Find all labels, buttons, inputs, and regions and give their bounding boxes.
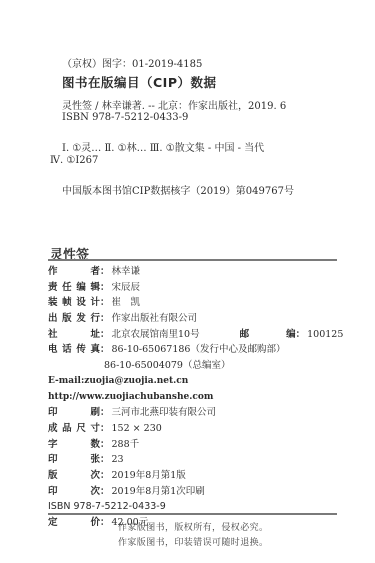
field-label: 印 次 — [48, 484, 100, 500]
field-word-count: 字 数 ： 288千 — [48, 437, 343, 453]
copyright-line-2: 作家版图书，印装错误可随时退换。 — [118, 536, 268, 551]
field-label: 定 价 — [48, 515, 100, 531]
field-label: 装 帧 设 计 — [48, 295, 100, 311]
field-printing: 印 次 ： 2019年8月第1次印刷 — [48, 484, 343, 500]
field-value: 2019年8月第1次印刷 — [112, 484, 205, 500]
field-phone-2: 86-10-65004079（总编室） — [48, 358, 343, 374]
postcode-value: 100125 — [307, 327, 343, 343]
email: E-mail:zuojia@zuojia.net.cn — [48, 374, 343, 390]
field-value: 崔 凯 — [112, 295, 141, 311]
field-label: 字 数 — [48, 437, 100, 453]
field-phone: 电 话 传 真 ： 86-10-65067186（发行中心及邮购部） — [48, 342, 343, 358]
cip-classification-line: Ⅳ. ①I267 — [50, 155, 98, 166]
field-label: 作 者 — [48, 264, 100, 280]
phone-value-1: 86-10-65067186（发行中心及邮购部） — [112, 342, 286, 358]
field-value: 288千 — [112, 437, 140, 453]
field-label: 社 址 — [48, 327, 100, 343]
field-printed-sheets: 印 张 ： 23 — [48, 452, 343, 468]
cip-subject-line: Ⅰ. ①灵… Ⅱ. ①林… Ⅲ. ①散文集 - 中国 - 当代 — [62, 139, 264, 154]
field-value: 2019年8月第1版 — [112, 468, 186, 484]
field-label: 版 次 — [48, 468, 100, 484]
cip-bibliographic-line: 灵性签 / 林幸谦著. -- 北京：作家出版社，2019. 6 — [62, 97, 286, 112]
field-address: 社 址 ： 北京农展馆南里10号 邮 编 ： 100125 — [48, 327, 343, 343]
copyright-line-1: 作家版图书，版权所有，侵权必究。 — [118, 521, 268, 536]
field-value: 宋辰辰 — [112, 280, 141, 296]
copyright-notice: 作家版图书，版权所有，侵权必究。 作家版图书，印装错误可随时退换。 — [118, 521, 268, 551]
field-value: 三河市北燕印装有限公司 — [112, 405, 217, 421]
field-label: 印 张 — [48, 452, 100, 468]
cip-heading: 图书在版编目（CIP）数据 — [62, 73, 217, 91]
website: http://www.zuojiachubanshe.com — [48, 390, 343, 406]
postcode-label: 邮 编 — [240, 327, 296, 343]
field-value: 北京农展馆南里10号 — [112, 327, 200, 343]
field-size: 成 品 尺 寸 ： 152 × 230 — [48, 421, 343, 437]
field-label: 出 版 发 行 — [48, 311, 100, 327]
cip-record-number: 中国版本图书馆CIP数据核字（2019）第049767号 — [62, 182, 294, 197]
field-value: 林幸谦 — [112, 264, 141, 280]
field-value: 23 — [112, 452, 124, 468]
bottom-divider — [48, 513, 337, 515]
field-designer: 装 帧 设 计 ： 崔 凯 — [48, 295, 343, 311]
field-value: 152 × 230 — [112, 421, 162, 437]
top-divider — [48, 259, 337, 261]
field-printer: 印 刷 ： 三河市北燕印装有限公司 — [48, 405, 343, 421]
phone-value-2: 86-10-65004079（总编室） — [104, 358, 230, 374]
cip-isbn-line: ISBN 978-7-5212-0433-9 — [62, 112, 188, 123]
copyright-record: （京权）图字：01-2019-4185 — [62, 55, 202, 70]
publication-info: 作 者 ： 林幸谦 责 任 编 辑 ： 宋辰辰 装 帧 设 计 ： 崔 凯 出 … — [48, 264, 343, 531]
field-label: 印 刷 — [48, 405, 100, 421]
field-label: 电 话 传 真 — [48, 342, 100, 358]
field-publisher: 出 版 发 行 ： 作家出版社有限公司 — [48, 311, 343, 327]
field-label: 责 任 编 辑 — [48, 280, 100, 296]
field-editor: 责 任 编 辑 ： 宋辰辰 — [48, 280, 343, 296]
field-author: 作 者 ： 林幸谦 — [48, 264, 343, 280]
field-label: 成 品 尺 寸 — [48, 421, 100, 437]
field-value: 作家出版社有限公司 — [112, 311, 198, 327]
field-edition: 版 次 ： 2019年8月第1版 — [48, 468, 343, 484]
